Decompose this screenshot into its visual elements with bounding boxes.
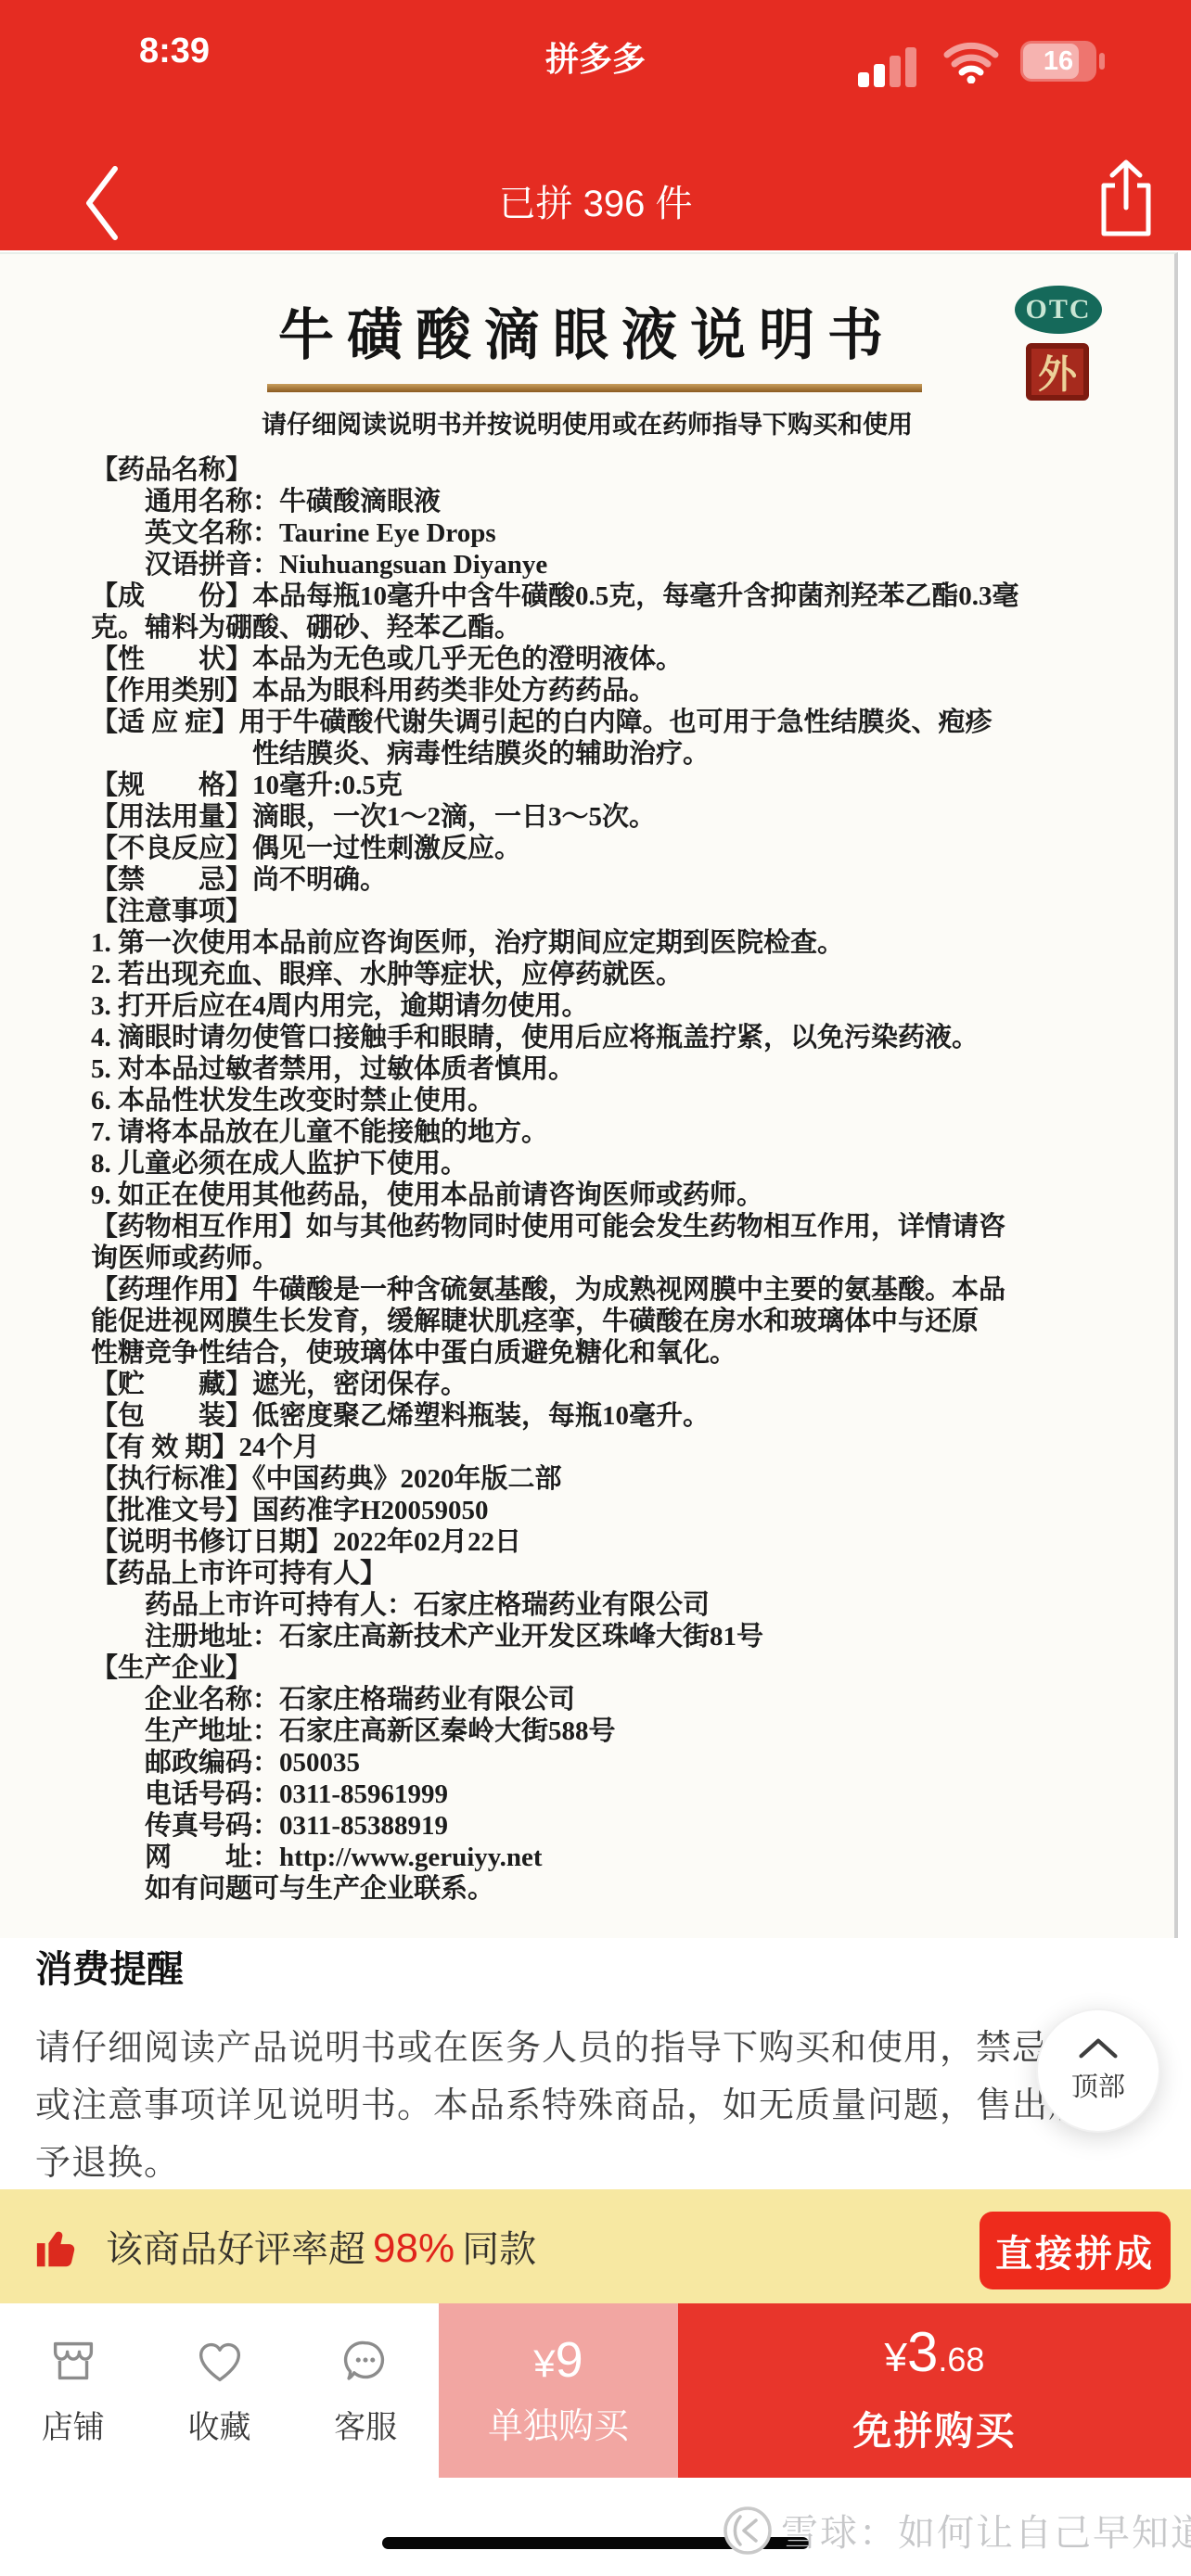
bottom-action-bar: 店铺 收藏 客服 ¥9 单独购买 ¥3.68 免拼购买 (0, 2303, 1191, 2478)
direct-group-buy-button[interactable]: 直接拼成 (980, 2212, 1171, 2289)
leaflet-line: 【药理作用】牛磺酸是一种含硫氨基酸，为成熟视网膜中主要的氨基酸。本品 (91, 1274, 1174, 1306)
xueqiu-logo-icon (722, 2505, 774, 2557)
leaflet-line: 【贮 藏】遮光，密闭保存。 (91, 1369, 1174, 1400)
tab-shop-label: 店铺 (42, 2402, 105, 2447)
leaflet-line: 克。辅料为硼酸、硼砂、羟苯乙酯。 (91, 612, 1174, 644)
group-buy-button[interactable]: ¥3.68 免拼购买 (678, 2303, 1191, 2478)
chat-bubble-icon (337, 2333, 394, 2391)
leaflet-line: 英文名称：Taurine Eye Drops (91, 517, 1174, 549)
leaflet-line: 【性 状】本品为无色或几乎无色的澄明液体。 (91, 644, 1174, 675)
leaflet-line: 【执行标准】《中国药典》2020年版二部 (91, 1463, 1174, 1495)
leaflet-line: 性结膜炎、病毒性结膜炎的辅助治疗。 (91, 738, 1174, 770)
product-leaflet-image[interactable]: 牛磺酸滴眼液说明书 请仔细阅读说明书并按说明使用或在药师指导下购买和使用 OTC… (0, 252, 1178, 1940)
external-use-badge: 外 (1026, 343, 1089, 401)
leaflet-line: 【用法用量】滴眼，一次1～2滴，一日3～5次。 (91, 801, 1174, 833)
tab-favorite[interactable]: 收藏 (147, 2303, 293, 2478)
wifi-icon (942, 41, 1000, 88)
share-icon (1093, 156, 1159, 241)
app-header: 8:39 拼多多 16 已拼 396 件 (0, 0, 1191, 250)
leaflet-line: 【包 装】低密度聚乙烯塑料瓶装，每瓶10毫升。 (91, 1400, 1174, 1432)
promo-text: 该商品好评率超 98% 同款 (106, 2220, 536, 2273)
leaflet-line: 3. 打开后应在4周内用完，逾期请勿使用。 (91, 990, 1174, 1022)
promo-rating: 98% (373, 2225, 455, 2272)
signal-strength-icon (858, 46, 925, 87)
leaflet-line: 1. 第一次使用本品前应咨询医师，治疗期间应定期到医院检查。 (91, 927, 1174, 959)
watermark: 雪球：如何让自己早知道 (722, 2504, 1191, 2557)
leaflet-line: 传真号码：0311-85388919 (91, 1810, 1174, 1842)
share-button[interactable] (1093, 156, 1159, 241)
leaflet-line: 邮政编码：050035 (91, 1747, 1174, 1779)
promo-prefix: 该商品好评率超 (106, 2220, 365, 2273)
leaflet-line: 能促进视网膜生长发育，缓解睫状肌痉挛，牛磺酸在房水和玻璃体中与还原 (91, 1306, 1174, 1337)
leaflet-title: 牛磺酸滴眼液说明书 (0, 302, 1174, 369)
leaflet-line: 【药物相互作用】如与其他药物同时使用可能会发生药物相互作用，详情请咨 (91, 1211, 1174, 1243)
leaflet-line: 汉语拼音：Niuhuangsuan Diyanye (91, 549, 1174, 580)
leaflet-line: 询医师或药师。 (91, 1243, 1174, 1274)
leaflet-line: 如有问题可与生产企业联系。 (91, 1873, 1174, 1905)
leaflet-line: 企业名称：石家庄格瑞药业有限公司 (91, 1684, 1174, 1715)
thumbs-up-icon (32, 2222, 85, 2272)
leaflet-line: 【不良反应】偶见一过性刺激反应。 (91, 833, 1174, 864)
storefront-icon (45, 2333, 102, 2391)
leaflet-line: 药品上市许可持有人：石家庄格瑞药业有限公司 (91, 1589, 1174, 1621)
tab-favorite-label: 收藏 (188, 2402, 251, 2447)
promo-banner: 该商品好评率超 98% 同款 直接拼成 (0, 2189, 1191, 2303)
leaflet-line: 生产地址：石家庄高新区秦岭大街588号 (91, 1715, 1174, 1747)
bottom-tabs: 店铺 收藏 客服 (0, 2303, 439, 2478)
status-app-title: 拼多多 (0, 33, 1191, 81)
leaflet-line: 电话号码：0311-85961999 (91, 1779, 1174, 1810)
leaflet-line: 【作用类别】本品为眼科用药类非处方药药品。 (91, 675, 1174, 707)
battery-icon: 16 (1020, 41, 1096, 82)
group-buy-label: 免拼购买 (852, 2401, 1016, 2456)
leaflet-line: 【批准文号】国药准字H20059050 (91, 1495, 1174, 1526)
leaflet-line: 7. 请将本品放在儿童不能接触的地方。 (91, 1116, 1174, 1148)
leaflet-line: 【成 份】本品每瓶10毫升中含牛磺酸0.5克，每毫升含抑菌剂羟苯乙酯0.3毫 (91, 580, 1174, 612)
leaflet-line: 4. 滴眼时请勿使管口接触手和眼睛，使用后应将瓶盖拧紧，以免污染药液。 (91, 1022, 1174, 1053)
tab-customer-service-label: 客服 (334, 2402, 397, 2447)
leaflet-line: 【有 效 期】24个月 (91, 1432, 1174, 1463)
leaflet-line: 9. 如正在使用其他药品，使用本品前请咨询医师或药师。 (91, 1180, 1174, 1211)
leaflet-line: 注册地址：石家庄高新技术产业开发区珠峰大街81号 (91, 1621, 1174, 1652)
leaflet-line: 【药品上市许可持有人】 (91, 1558, 1174, 1589)
notice-body: 请仔细阅读产品说明书或在医务人员的指导下购买和使用，禁忌内容或注意事项详见说明书… (35, 2020, 1152, 2192)
single-buy-price: ¥9 (533, 2334, 583, 2390)
promo-suffix: 同款 (462, 2220, 536, 2273)
chevron-up-icon (1077, 2037, 1120, 2060)
leaflet-subtitle: 请仔细阅读说明书并按说明使用或在药师指导下购买和使用 (0, 404, 1174, 440)
leaflet-body: 【药品名称】 通用名称：牛磺酸滴眼液 英文名称：Taurine Eye Drop… (0, 454, 1174, 1905)
notice-heading: 消费提醒 (35, 1940, 184, 1993)
watermark-text: 雪球：如何让自己早知道 (781, 2504, 1191, 2557)
leaflet-line: 通用名称：牛磺酸滴眼液 (91, 486, 1174, 517)
leaflet-divider (267, 384, 922, 392)
leaflet-line: 【规 格】10毫升:0.5克 (91, 770, 1174, 801)
single-buy-label: 单独购买 (488, 2397, 629, 2448)
otc-badge: OTC (1015, 286, 1102, 334)
leaflet-line: 【说明书修订日期】2022年02月22日 (91, 1526, 1174, 1558)
leaflet-line: 网 址：http://www.geruiyy.net (91, 1842, 1174, 1873)
battery-level: 16 (1020, 41, 1096, 82)
leaflet-line: 性糖竞争性结合，使玻璃体中蛋白质避免糖化和氧化。 (91, 1337, 1174, 1369)
back-to-top-button[interactable]: 顶部 (1036, 2009, 1160, 2133)
leaflet-line: 5. 对本品过敏者禁用，过敏体质者慎用。 (91, 1053, 1174, 1085)
leaflet-line: 【适 应 症】用于牛磺酸代谢失调引起的白内障。也可用于急性结膜炎、疱疹 (91, 707, 1174, 738)
page-title: 已拼 396 件 (0, 174, 1191, 227)
leaflet-line: 【注意事项】 (91, 896, 1174, 927)
leaflet-line: 6. 本品性状发生改变时禁止使用。 (91, 1085, 1174, 1116)
leaflet-line: 8. 儿童必须在成人监护下使用。 (91, 1148, 1174, 1180)
tab-customer-service[interactable]: 客服 (292, 2303, 439, 2478)
leaflet-line: 【禁 忌】尚不明确。 (91, 864, 1174, 896)
back-to-top-label: 顶部 (1071, 2066, 1125, 2104)
heart-icon (191, 2333, 249, 2391)
leaflet-line: 【药品名称】 (91, 454, 1174, 486)
leaflet-line: 2. 若出现充血、眼痒、水肿等症状，应停药就医。 (91, 959, 1174, 990)
group-buy-price: ¥3.68 (885, 2325, 985, 2395)
leaflet-line: 【生产企业】 (91, 1652, 1174, 1684)
single-buy-button[interactable]: ¥9 单独购买 (439, 2303, 678, 2478)
tab-shop[interactable]: 店铺 (0, 2303, 147, 2478)
consumer-notice-section: 消费提醒 请仔细阅读产品说明书或在医务人员的指导下购买和使用，禁忌内容或注意事项… (0, 1938, 1191, 2189)
